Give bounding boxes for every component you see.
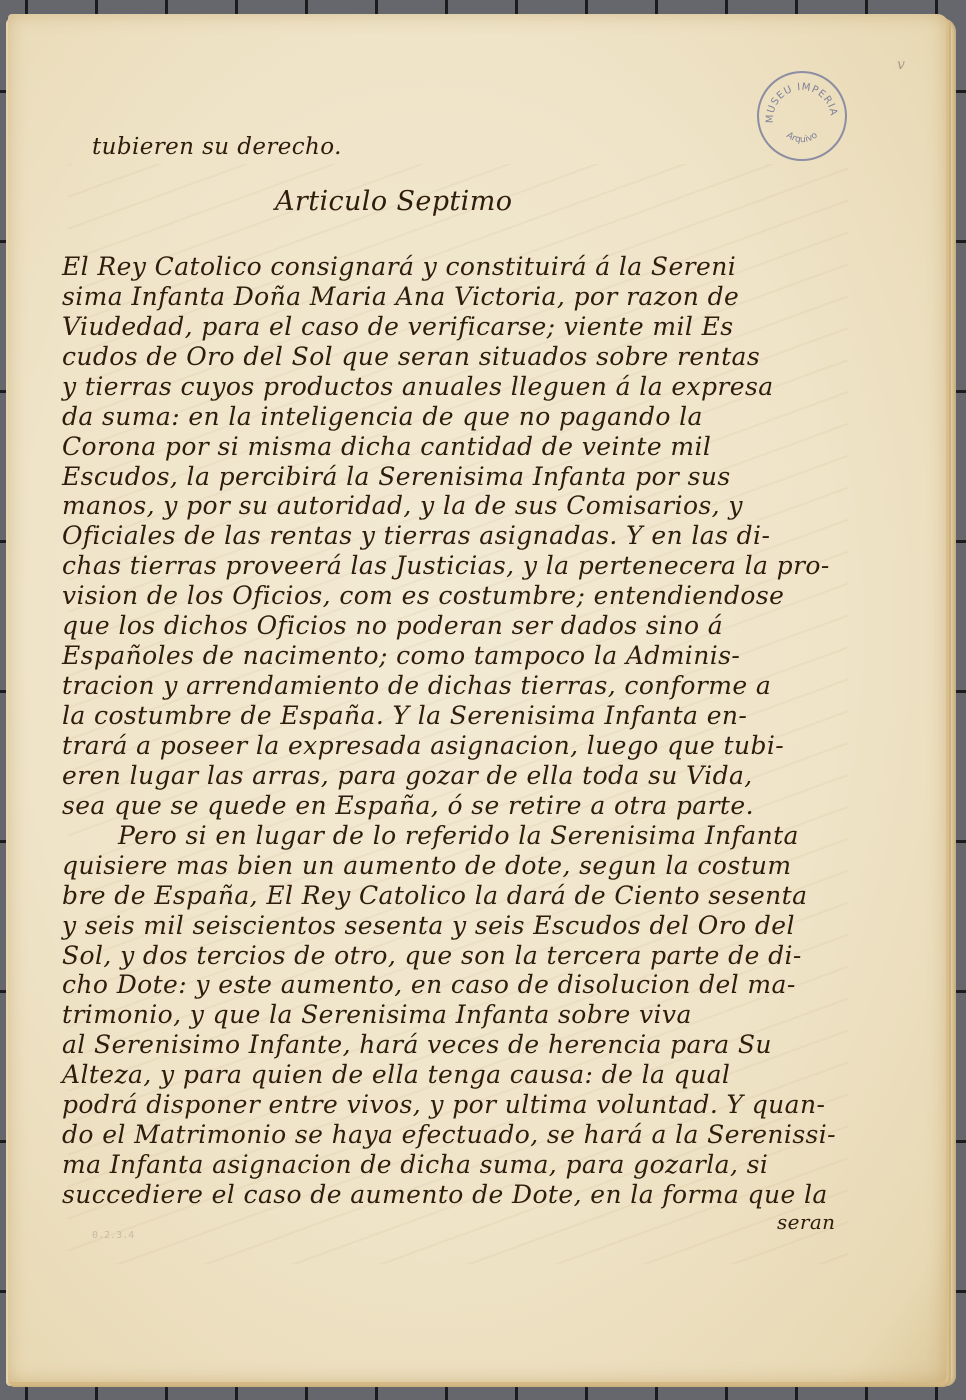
text-line: y tierras cuyos productos anuales llegue… bbox=[62, 372, 774, 401]
text-line: al Serenisimo Infante, hará veces de her… bbox=[62, 1030, 772, 1059]
text-line: chas tierras proveerá las Justicias, y l… bbox=[62, 551, 830, 580]
text-line: sima Infanta Doña Maria Ana Victoria, po… bbox=[62, 282, 739, 311]
text-line: podrá disponer entre vivos, y por ultima… bbox=[62, 1090, 825, 1119]
stamp-bottom-text: Arquivo bbox=[784, 130, 820, 145]
stamp-top-text: MUSEU IMPERIAL bbox=[759, 73, 839, 123]
svg-text:Arquivo: Arquivo bbox=[784, 130, 820, 145]
text-line: trará a poseer la expresada asignacion, … bbox=[62, 731, 784, 760]
catchword: seran bbox=[777, 1210, 835, 1234]
text-line: Viudedad, para el caso de verificarse; v… bbox=[62, 312, 734, 341]
text-line: El Rey Catolico consignará y constituirá… bbox=[62, 252, 736, 281]
museum-stamp: MUSEU IMPERIAL Arquivo bbox=[757, 71, 847, 161]
text-line: Españoles de nacimento; como tampoco la … bbox=[62, 641, 740, 670]
text-line: bre de España, El Rey Catolico la dará d… bbox=[62, 881, 807, 910]
text-line: tracion y arrendamiento de dichas tierra… bbox=[62, 671, 771, 700]
text-line: cho Dote: y este aumento, en caso de dis… bbox=[62, 970, 796, 999]
text-line: vision de los Oficios, com es costumbre;… bbox=[62, 581, 784, 610]
text-line: cudos de Oro del Sol que seran situados … bbox=[62, 342, 760, 371]
continuation-line: tubieren su derecho. bbox=[92, 134, 342, 160]
text-line: do el Matrimonio se haya efectuado, se h… bbox=[62, 1120, 836, 1149]
text-line: la costumbre de España. Y la Serenisima … bbox=[62, 701, 747, 730]
faint-margin-mark: 0.2.3.4 bbox=[92, 1230, 134, 1241]
article-heading: Articulo Septimo bbox=[275, 186, 512, 217]
text-line: que los dichos Oficios no poderan ser da… bbox=[62, 611, 723, 640]
text-line: eren lugar las arras, para gozar de ella… bbox=[62, 761, 753, 790]
text-line: Corona por si misma dicha cantidad de ve… bbox=[62, 432, 711, 461]
text-line: trimonio, y que la Serenisima Infanta so… bbox=[62, 1000, 692, 1029]
text-line: Oficiales de las rentas y tierras asigna… bbox=[62, 521, 770, 550]
corner-mark: v bbox=[897, 57, 905, 73]
text-line: ma Infanta asignacion de dicha suma, par… bbox=[62, 1150, 768, 1179]
text-line: quisiere mas bien un aumento de dote, se… bbox=[62, 851, 792, 880]
text-line-paragraph-start: Pero si en lugar de lo referido la Seren… bbox=[118, 821, 799, 850]
text-line: Escudos, la percibirá la Serenisima Infa… bbox=[62, 462, 731, 491]
stamp-ring-icon: MUSEU IMPERIAL Arquivo bbox=[759, 73, 845, 159]
text-line: succediere el caso de aumento de Dote, e… bbox=[62, 1180, 828, 1209]
text-line: manos, y por su autoridad, y la de sus C… bbox=[62, 491, 743, 520]
text-line: Sol, y dos tercios de otro, que son la t… bbox=[62, 941, 802, 970]
text-line: Alteza, y para quien de ella tenga causa… bbox=[62, 1060, 730, 1089]
text-line: sea que se quede en España, ó se retire … bbox=[62, 791, 754, 820]
text-line: y seis mil seiscientos sesenta y seis Es… bbox=[62, 911, 795, 940]
text-line: da suma: en la inteligencia de que no pa… bbox=[62, 402, 703, 431]
svg-text:MUSEU IMPERIAL: MUSEU IMPERIAL bbox=[759, 73, 839, 123]
